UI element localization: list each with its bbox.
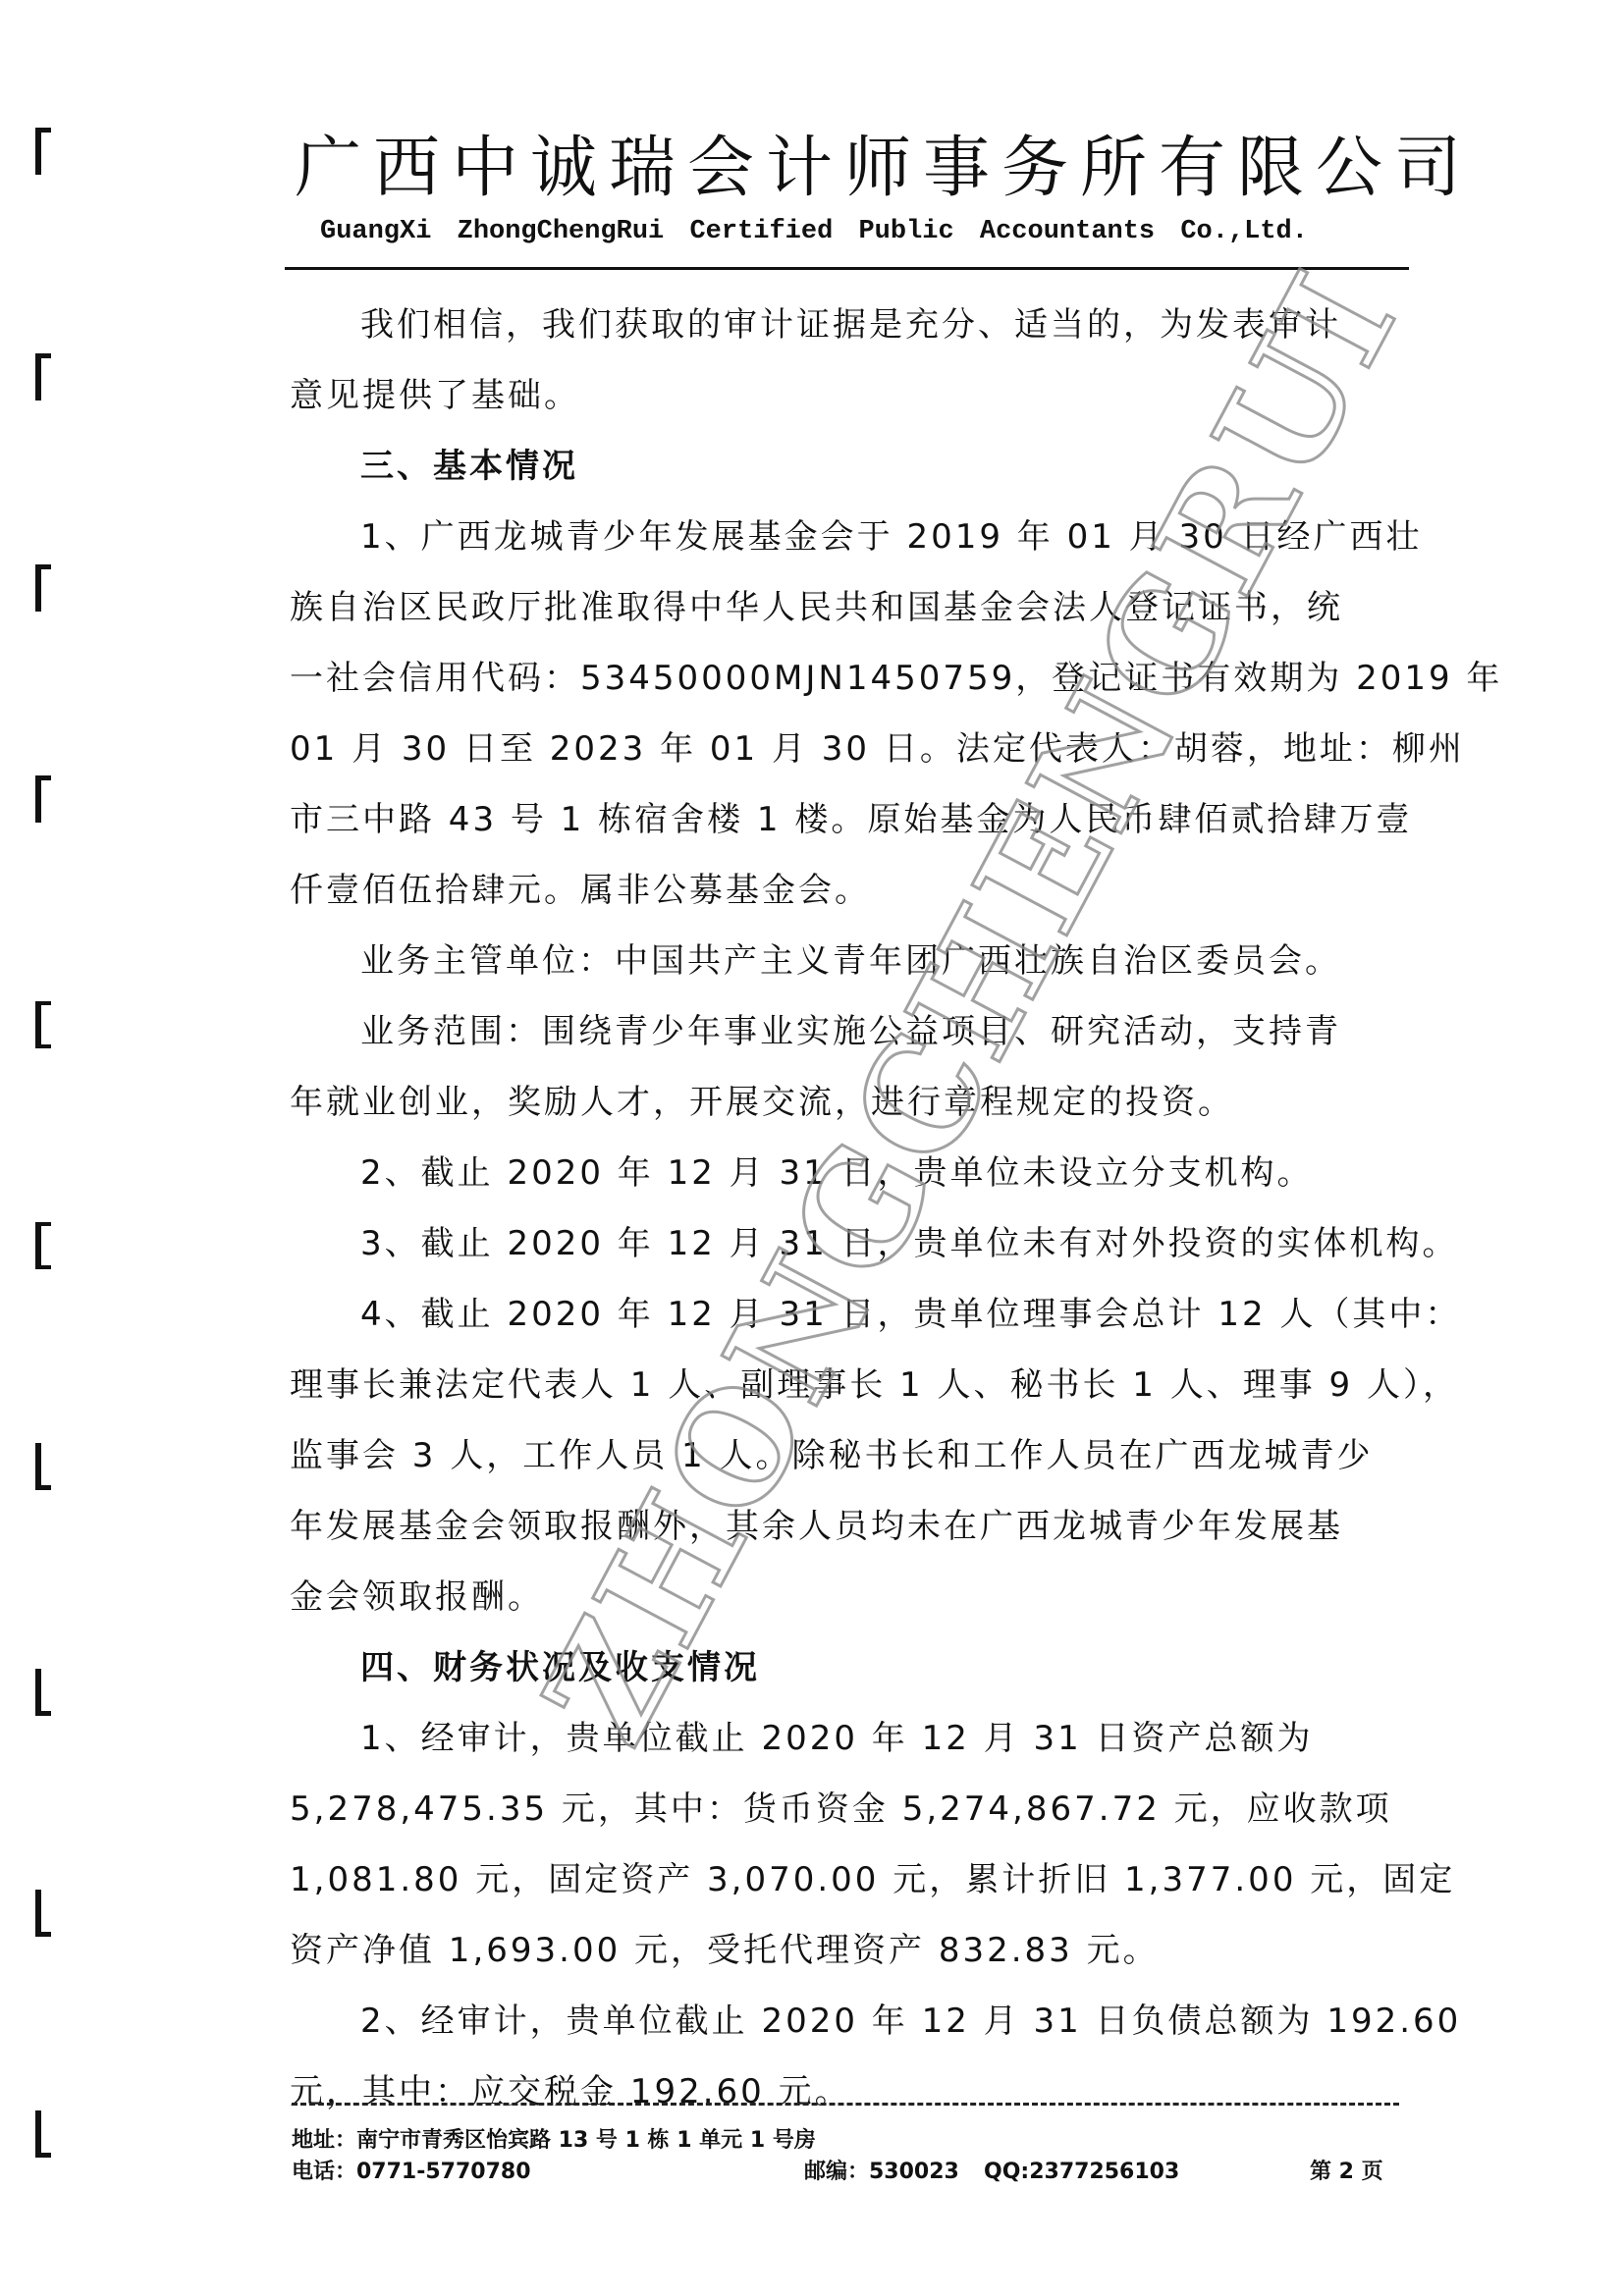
paragraph-line: 01 月 30 日至 2023 年 01 月 30 日。法定代表人：胡蓉，地址：…	[290, 714, 1409, 784]
paragraph-line: 年发展基金会领取报酬外，其余人员均未在广西龙城青少年发展基	[290, 1491, 1409, 1562]
paragraph-line: 金会领取报酬。	[290, 1562, 1409, 1632]
paragraph-line: 仟壹佰伍拾肆元。属非公募基金会。	[290, 855, 1409, 926]
binding-mark	[35, 2110, 51, 2158]
binding-mark	[35, 128, 51, 175]
footer-phone: 电话：0771-5770780	[292, 2158, 531, 2187]
footer-postcode: 邮编：530023	[804, 2158, 959, 2187]
footer-address: 地址：南宁市青秀区怡宾路 13 号 1 栋 1 单元 1 号房	[292, 2126, 816, 2156]
binding-mark	[35, 775, 51, 823]
footer-qq: QQ:2377256103	[984, 2158, 1179, 2187]
binding-mark	[35, 353, 51, 400]
paragraph-line: 资产净值 1,693.00 元，受托代理资产 832.83 元。	[290, 1915, 1409, 1986]
binding-mark	[35, 1222, 51, 1269]
paragraph-line: 监事会 3 人，工作人员 1 人。除秘书长和工作人员在广西龙城青少	[290, 1420, 1409, 1491]
paragraph-line: 1,081.80 元，固定资产 3,070.00 元，累计折旧 1,377.00…	[290, 1844, 1409, 1915]
paragraph-line: 2、经审计，贵单位截止 2020 年 12 月 31 日负债总额为 192.60	[290, 1986, 1409, 2056]
company-name-en: GuangXi ZhongChengRui Certified Public A…	[320, 214, 1380, 249]
binding-mark	[35, 1001, 51, 1048]
paragraph-line: 元，其中：应交税金 192.60 元。	[290, 2056, 1409, 2127]
paragraph-line: 业务主管单位：中国共产主义青年团广西壮族自治区委员会。	[290, 926, 1409, 996]
header-divider	[285, 267, 1409, 270]
section-heading: 四、财务状况及收支情况	[290, 1632, 1409, 1703]
binding-mark	[35, 1890, 51, 1937]
footer-divider	[292, 2103, 1399, 2106]
page-number: 第 2 页	[1310, 2158, 1383, 2187]
paragraph-line: 市三中路 43 号 1 栋宿舍楼 1 楼。原始基金为人民币肆佰贰拾肆万壹	[290, 784, 1409, 855]
paragraph-line: 1、经审计，贵单位截止 2020 年 12 月 31 日资产总额为	[290, 1703, 1409, 1774]
company-name-cn: 广西中诚瑞会计师事务所有限公司	[295, 130, 1384, 208]
binding-mark	[35, 1443, 51, 1490]
binding-mark	[35, 1669, 51, 1716]
footer-contact-row: 电话：0771-5770780 邮编：530023 QQ:2377256103 …	[292, 2158, 1381, 2187]
paragraph-line: 5,278,475.35 元，其中：货币资金 5,274,867.72 元，应收…	[290, 1774, 1409, 1844]
binding-mark	[35, 564, 51, 612]
